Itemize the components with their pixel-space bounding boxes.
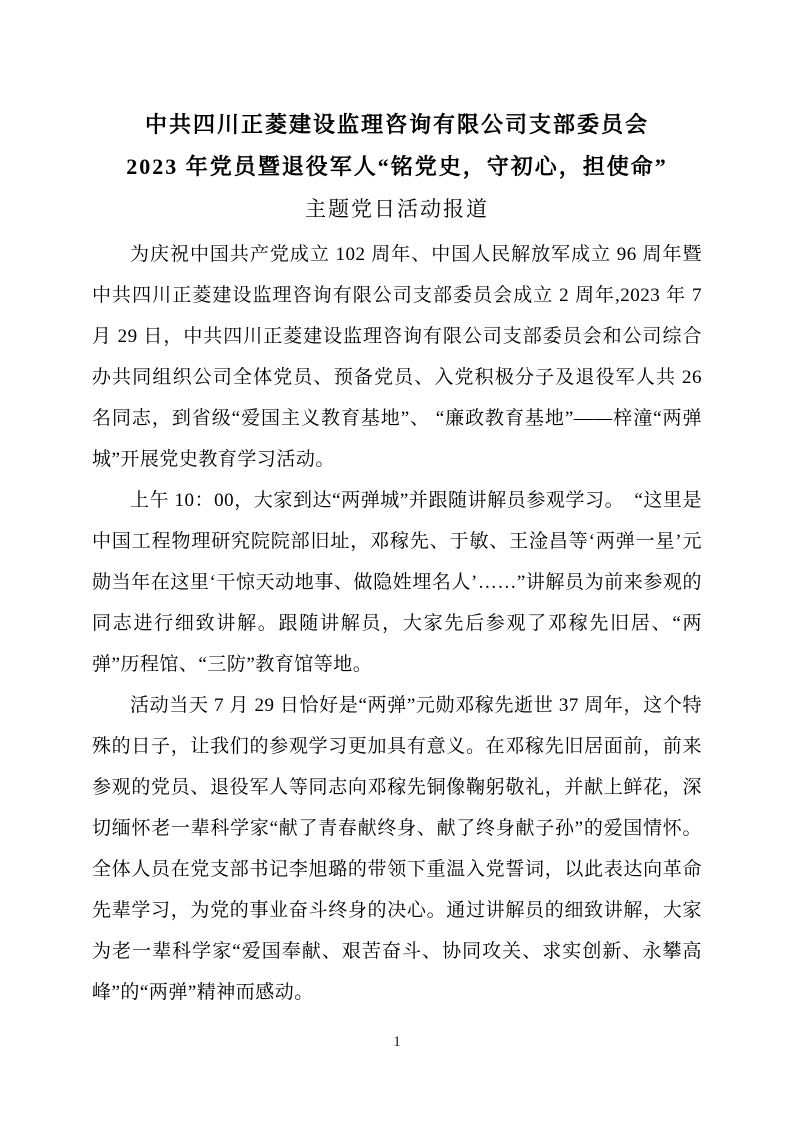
document-title-line-3: 主题党日活动报道: [92, 188, 702, 230]
document-title-line-2: 2023 年党员暨退役军人“铭党史，守初心，担使命”: [92, 146, 702, 188]
paragraph-2: 上午 10：00，大家到达“两弹城”并跟随讲解员参观学习。 “这里是中国工程物理…: [92, 480, 702, 685]
page-number: 1: [0, 1034, 794, 1051]
document-body: 为庆祝中国共产党成立 102 周年、中国人民解放军成立 96 周年暨中共四川正菱…: [92, 234, 702, 1013]
paragraph-1: 为庆祝中国共产党成立 102 周年、中国人民解放军成立 96 周年暨中共四川正菱…: [92, 234, 702, 480]
document-content: 中共四川正菱建设监理咨询有限公司支部委员会 2023 年党员暨退役军人“铭党史，…: [92, 104, 702, 1013]
document-page: 中共四川正菱建设监理咨询有限公司支部委员会 2023 年党员暨退役军人“铭党史，…: [0, 0, 794, 1123]
paragraph-3: 活动当天 7 月 29 日恰好是“两弹”元勋邓稼先逝世 37 周年，这个特殊的日…: [92, 685, 702, 1013]
document-title-line-1: 中共四川正菱建设监理咨询有限公司支部委员会: [92, 104, 702, 146]
